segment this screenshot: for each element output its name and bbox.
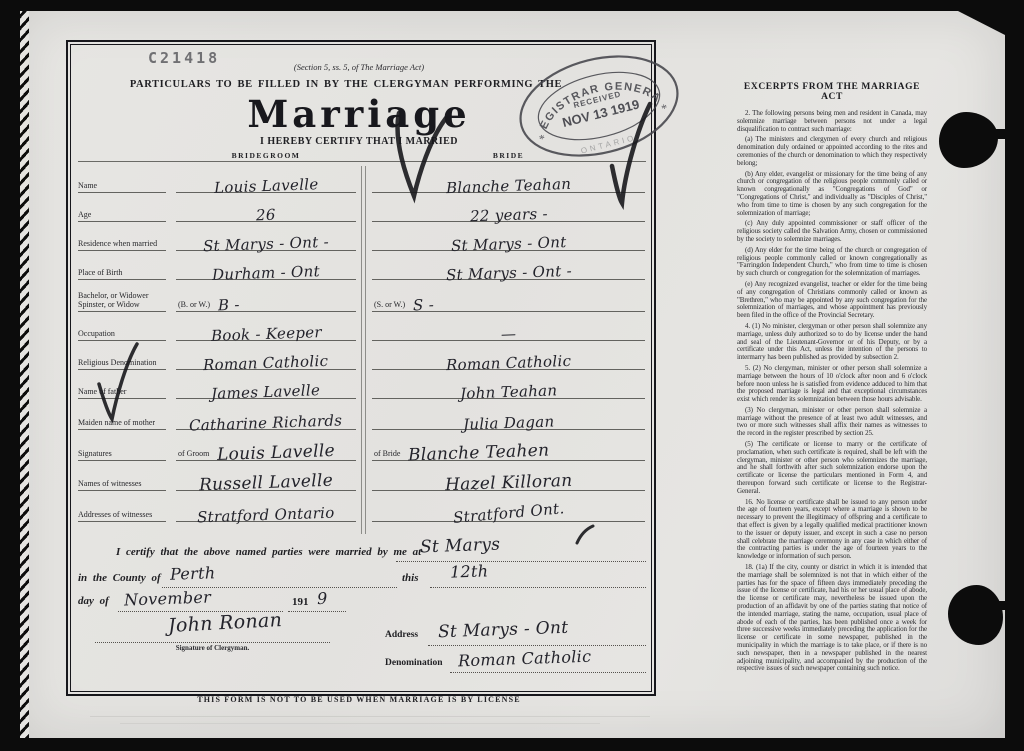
row-mother: Maiden name of mother Catharine Richards… xyxy=(78,404,646,430)
punch-hole-bottom xyxy=(948,585,1003,645)
marriage-act-excerpts: EXCERPTS FROM THE MARRIAGE ACT 2. The fo… xyxy=(737,82,927,676)
excerpt-paragraph: 18. (1a) If the city, county or district… xyxy=(737,564,927,673)
groom-value: Book - Keeper xyxy=(210,323,321,345)
row-label: Name of father xyxy=(78,387,126,396)
groom-value: Louis Lavelle xyxy=(213,175,318,197)
address-label: Address xyxy=(385,630,418,640)
row-father: Name of father James Lavelle John Teahan xyxy=(78,373,646,399)
excerpt-paragraph: 5. (2) No clergyman, minister or other p… xyxy=(737,365,927,404)
row-witness-addresses: Addresses of witnesses Stratford Ontario… xyxy=(78,496,646,522)
punch-hole-top-tear xyxy=(986,129,1024,139)
row-name: Name Louis Lavelle Blanche Teahan xyxy=(78,167,646,193)
row-label: Addresses of witnesses xyxy=(78,510,152,519)
row-occupation: Occupation Book - Keeper — xyxy=(78,315,646,341)
row-label: Occupation xyxy=(78,329,115,338)
row-signatures: Signatures of GroomLouis Lavelle of Brid… xyxy=(78,435,646,461)
row-label: Religious Denomination xyxy=(78,358,156,367)
excerpts-title: EXCERPTS FROM THE MARRIAGE ACT xyxy=(737,82,927,102)
bride-value: 22 years - xyxy=(469,205,547,226)
groom-value: B - xyxy=(218,296,240,315)
row-label: Name xyxy=(78,181,97,190)
fill-line xyxy=(288,610,346,612)
row-birthplace: Place of Birth Durham - Ont St Marys - O… xyxy=(78,254,646,280)
county-label: in the County of xyxy=(78,572,161,584)
row-label: Maiden name of mother xyxy=(78,418,155,427)
year-printed: 191 xyxy=(292,596,309,608)
row-denomination: Religious Denomination Roman Catholic Ro… xyxy=(78,344,646,370)
excerpt-paragraph: (a) The ministers and clergymen of every… xyxy=(737,136,927,167)
row-residence: Residence when married St Marys - Ont - … xyxy=(78,225,646,251)
county-value: Perth xyxy=(170,563,216,584)
fill-line xyxy=(396,560,646,562)
row-label: Residence when married xyxy=(78,239,157,248)
excerpt-paragraph: (d) Any elder for the time being of the … xyxy=(737,247,927,278)
denomination-label: Denomination xyxy=(385,658,443,668)
excerpt-paragraph: (c) Any duly appointed commissioner or s… xyxy=(737,220,927,243)
fill-line xyxy=(450,671,646,673)
fill-line xyxy=(430,586,646,588)
bridegroom-column-header: BRIDEGROOM xyxy=(176,151,356,160)
row-label: Bachelor, or Widower xyxy=(78,291,149,300)
day-of-label: day of xyxy=(78,595,109,607)
row-marital-status: Bachelor, or WidowerSpinster, or Widow (… xyxy=(78,286,646,312)
bride-value: — xyxy=(501,325,517,344)
excerpt-paragraph: 2. The following persons being men and r… xyxy=(737,110,927,133)
bride-value: John Teahan xyxy=(460,381,558,402)
paper-crease xyxy=(90,716,650,717)
married-at-value: St Marys xyxy=(420,535,501,558)
day-ordinal-value: 12th xyxy=(450,561,489,581)
stamp-asterisk-left: * xyxy=(538,131,547,146)
row-witness-names: Names of witnesses Russell Lavelle Hazel… xyxy=(78,465,646,491)
month-value: November xyxy=(124,587,212,609)
bride-value: Julia Dagan xyxy=(462,412,554,433)
signature-line xyxy=(95,641,330,643)
excerpt-paragraph: (5) The certificate or license to marry … xyxy=(737,441,927,496)
row-label: Place of Birth xyxy=(78,268,122,277)
row-label: Age xyxy=(78,210,91,219)
punch-hole-bottom-tear xyxy=(994,601,1024,610)
excerpt-paragraph: (3) No clergyman, minister or other pers… xyxy=(737,407,927,438)
paper-crease xyxy=(120,723,600,724)
row-label: Signatures xyxy=(78,449,112,458)
groom-value: Durham - Ont xyxy=(212,262,320,284)
groom-value: James Lavelle xyxy=(211,381,321,403)
excerpt-paragraph: (b) Any elder, evangelist or missionary … xyxy=(737,171,927,218)
stamp-asterisk-right: * xyxy=(660,101,669,116)
this-label: this xyxy=(402,572,419,584)
row-label: Names of witnesses xyxy=(78,479,142,488)
groom-signature: Louis Lavelle xyxy=(217,441,336,465)
clergyman-caption: Signature of Clergyman. xyxy=(95,644,330,652)
excerpt-paragraph: 4. (1) No minister, clergyman or other p… xyxy=(737,323,927,362)
row-age: Age 26 22 years - xyxy=(78,196,646,222)
torn-paper-edge xyxy=(20,11,29,738)
excerpt-paragraph: (e) Any recognized evangelist, teacher o… xyxy=(737,281,927,320)
bride-value: S - xyxy=(413,296,435,315)
year-digit: 9 xyxy=(317,589,328,608)
scanned-marriage-record: { "page": {"background": "#0c0c0c", "pap… xyxy=(0,0,1024,751)
excerpt-paragraph: 16. No license or certificate shall be i… xyxy=(737,499,927,561)
groom-value: 26 xyxy=(256,206,276,225)
fill-line xyxy=(428,644,646,646)
license-warning: THIS FORM IS NOT TO BE USED WHEN MARRIAG… xyxy=(66,695,652,704)
certify-statement: I certify that the above named parties w… xyxy=(116,546,421,558)
